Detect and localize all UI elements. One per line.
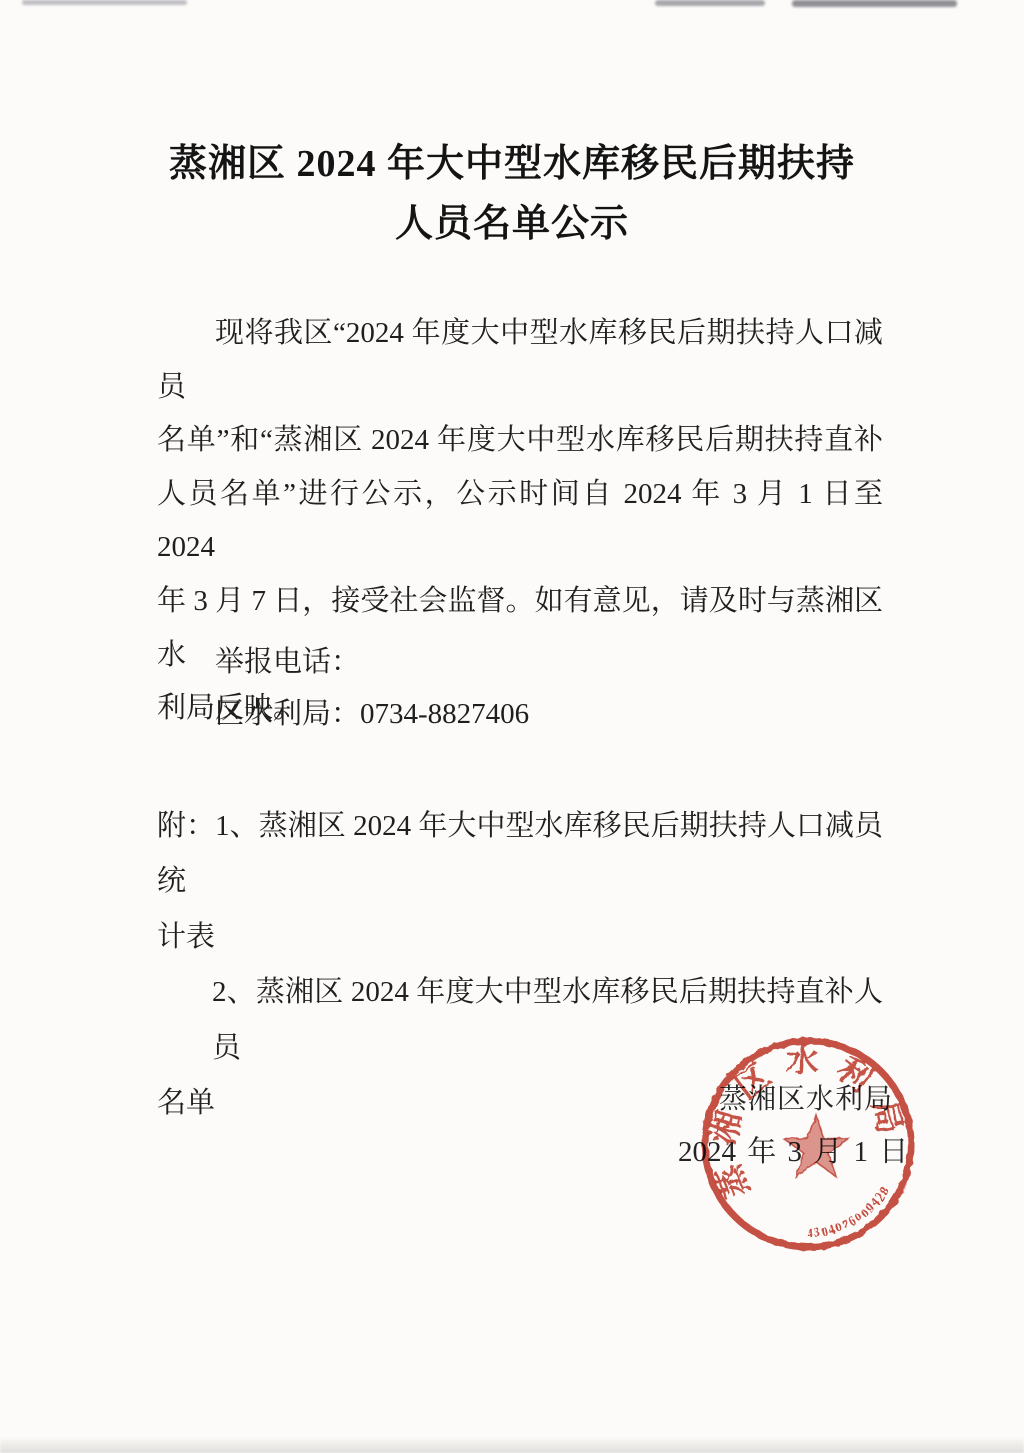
scan-artifact: [655, 0, 765, 6]
body-line: 人员名单”进行公示，公示时间自 2024 年 3 月 1 日至 2024: [157, 468, 883, 575]
bureau-phone-number: 区水利局：0734-8827406: [215, 688, 529, 740]
scanned-notice-page: 蒸湘区 2024 年大中型水库移民后期扶持 人员名单公示 现将我区“2024 年…: [0, 0, 1024, 1453]
seal-serial-number: 4304076009428: [806, 1183, 892, 1240]
attachment-line: 2、蒸湘区 2024 年度大中型水库移民后期扶持直补人员: [157, 965, 883, 1076]
title-line-1: 蒸湘区 2024 年大中型水库移民后期扶持: [0, 134, 1024, 194]
signature-date: 2024 年 3 月 1 日: [678, 1137, 908, 1168]
body-line: 名单”和“蒸湘区 2024 年度大中型水库移民后期扶持直补: [157, 414, 883, 468]
attachment-line: 附：1、蒸湘区 2024 年大中型水库移民后期扶持人口减员统: [157, 799, 883, 910]
report-phone-label: 举报电话：: [215, 636, 529, 688]
scan-artifact: [0, 1437, 1024, 1453]
contact-block: 举报电话： 区水利局：0734-8827406: [215, 636, 529, 740]
attachment-list: 附：1、蒸湘区 2024 年大中型水库移民后期扶持人口减员统 计表 2、蒸湘区 …: [157, 799, 883, 1131]
title-line-2: 人员名单公示: [0, 194, 1024, 254]
scan-artifact: [792, 0, 957, 7]
seal-serial-text-path: 4304076009428: [806, 1183, 892, 1240]
scan-artifact: [22, 0, 187, 5]
document-title: 蒸湘区 2024 年大中型水库移民后期扶持 人员名单公示: [0, 134, 1024, 254]
attachment-line: 计表: [157, 910, 883, 965]
body-line: 现将我区“2024 年度大中型水库移民后期扶持人口减员: [157, 307, 883, 414]
signature-org: 蒸湘区水利局: [719, 1085, 893, 1115]
